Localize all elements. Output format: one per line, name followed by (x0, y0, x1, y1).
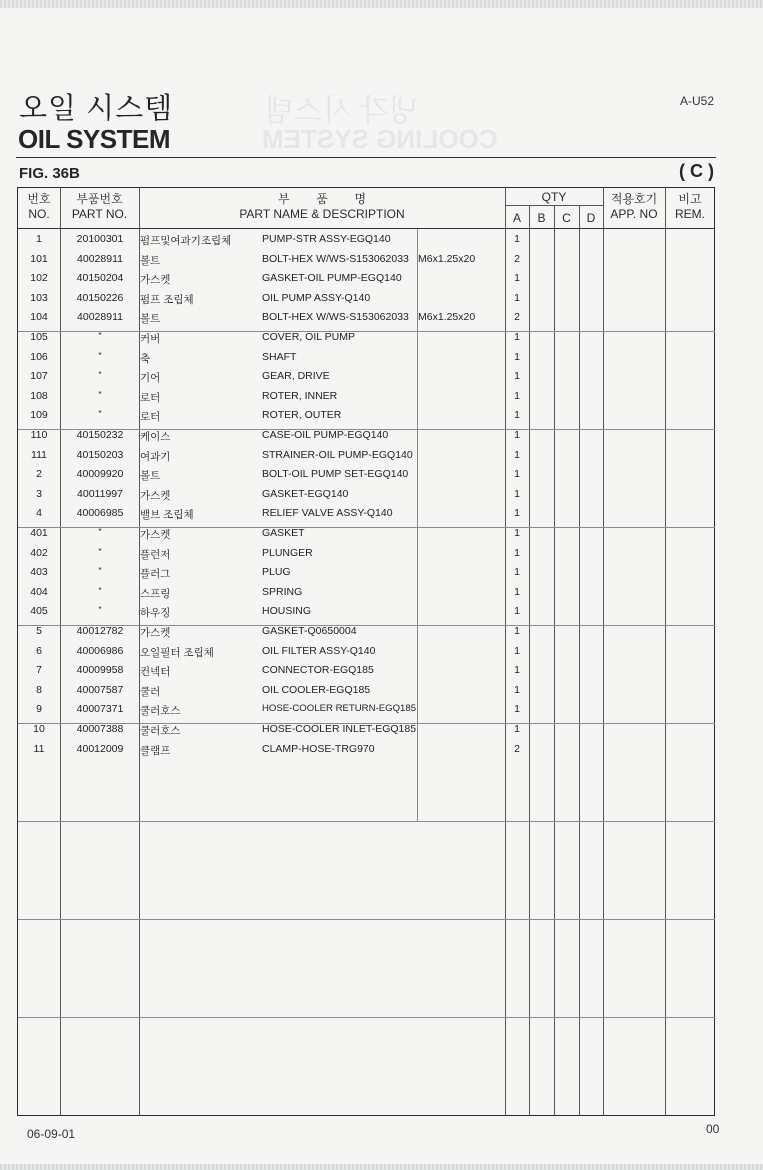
table-row: 404*스프링SPRING1 (18, 583, 715, 603)
group-separator (18, 919, 715, 920)
qty-a: 1 (505, 233, 529, 245)
item-number: 403 (18, 566, 60, 578)
part-name-korean: 하우징 (140, 605, 170, 620)
part-name-english: HOUSING (262, 605, 311, 617)
part-number: 40012009 (62, 743, 138, 755)
col-header-part-no: 부품번호 PART NO. (60, 192, 139, 222)
qty-a: 1 (505, 351, 529, 363)
part-name-korean: 가스켓 (140, 488, 170, 503)
part-name-english: GASKET-OIL PUMP-EGQ140 (262, 272, 402, 284)
table-row: 109*로터ROTER, OUTER1 (18, 406, 715, 426)
part-name-korean: 가스켓 (140, 625, 170, 640)
table-row: 11040150232케이스CASE-OIL PUMP-EGQ1401 (18, 426, 715, 446)
qty-a: 1 (505, 625, 529, 637)
part-number: * (62, 351, 138, 360)
qty-a: 2 (505, 253, 529, 265)
part-name-korean: 로터 (140, 409, 160, 424)
part-name-korean: 펌프 조립체 (140, 292, 194, 307)
item-number: 8 (18, 684, 60, 696)
part-number: 40028911 (62, 311, 138, 323)
part-number: * (62, 370, 138, 379)
part-number: 40007388 (62, 723, 138, 735)
qty-a: 1 (505, 292, 529, 304)
table-row: 1040007388쿨러호스HOSE-COOLER INLET-EGQ1851 (18, 720, 715, 740)
group-separator (18, 821, 715, 822)
item-number: 101 (18, 253, 60, 265)
part-number: 40150203 (62, 449, 138, 461)
part-number: 40150232 (62, 429, 138, 441)
part-number: * (62, 566, 138, 575)
part-name-korean: 기어 (140, 370, 160, 385)
col-header-qty-a: A (505, 211, 529, 226)
col-header-name-en: PART NAME & DESCRIPTION (139, 207, 505, 222)
part-name-korean: 가스켓 (140, 272, 170, 287)
part-name-korean: 펌프및여과기조립체 (140, 233, 231, 248)
table-row: 10440028911볼트BOLT-HEX W/WS-S153062033M6x… (18, 308, 715, 328)
part-name-korean: 오일필터 조립체 (140, 645, 214, 660)
part-name-korean: 볼트 (140, 253, 160, 268)
col-header-no: 번호 NO. (18, 192, 60, 222)
table-row: 10140028911볼트BOLT-HEX W/WS-S153062033M6x… (18, 250, 715, 270)
part-name-english: GASKET-Q0650004 (262, 625, 357, 637)
part-name-english: CONNECTOR-EGQ185 (262, 664, 374, 676)
item-number: 7 (18, 664, 60, 676)
item-number: 108 (18, 390, 60, 402)
part-name-english: CASE-OIL PUMP-EGQ140 (262, 429, 388, 441)
part-name-korean: 컨넥터 (140, 664, 170, 679)
part-number: * (62, 605, 138, 614)
part-name-english: OIL COOLER-EGQ185 (262, 684, 370, 696)
part-name-english: COVER, OIL PUMP (262, 331, 355, 343)
table-row: 440006985밸브 조립체RELIEF VALVE ASSY-Q1401 (18, 504, 715, 524)
qty-a: 1 (505, 645, 529, 657)
header-bottom-line (18, 228, 715, 229)
part-name-english: GEAR, DRIVE (262, 370, 330, 382)
part-name-korean: 쿨러호스 (140, 723, 181, 738)
qty-a: 1 (505, 703, 529, 715)
table-row: 106*축SHAFT1 (18, 348, 715, 368)
qty-a: 1 (505, 684, 529, 696)
part-number: 40009958 (62, 664, 138, 676)
qty-a: 1 (505, 527, 529, 539)
table-row: 105*커버COVER, OIL PUMP1 (18, 328, 715, 348)
part-name-english: ROTER, OUTER (262, 409, 341, 421)
item-number: 110 (18, 429, 60, 441)
table-row: 108*로터ROTER, INNER1 (18, 387, 715, 407)
part-name-korean: 커버 (140, 331, 160, 346)
table-row: 840007587쿨러OIL COOLER-EGQ1851 (18, 681, 715, 701)
qty-a: 1 (505, 468, 529, 480)
item-number: 104 (18, 311, 60, 323)
page-code: A-U52 (680, 94, 714, 108)
table-row: 1140012009클램프CLAMP-HOSE-TRG9702 (18, 740, 715, 760)
part-number: 40150204 (62, 272, 138, 284)
col-header-name-ko: 부 품 명 (139, 192, 505, 207)
col-header-part-name: 부 품 명 PART NAME & DESCRIPTION (139, 192, 505, 222)
table-row: 402*플런저PLUNGER1 (18, 544, 715, 564)
qty-a: 2 (505, 743, 529, 755)
part-name-english: HOSE-COOLER INLET-EGQ185 (262, 723, 416, 735)
table-row: 740009958컨넥터CONNECTOR-EGQ1851 (18, 661, 715, 681)
part-name-english: OIL FILTER ASSY-Q140 (262, 645, 375, 657)
part-number: 40028911 (62, 253, 138, 265)
page-title-korean: 오일 시스템 (19, 86, 173, 127)
scan-edge-top (0, 0, 763, 8)
part-number: 40150226 (62, 292, 138, 304)
part-number: * (62, 527, 138, 536)
part-name-english: BOLT-OIL PUMP SET-EGQ140 (262, 468, 408, 480)
item-number: 11 (18, 743, 60, 755)
item-number: 2 (18, 468, 60, 480)
table-row: 401*가스켓GASKET1 (18, 524, 715, 544)
table-row: 940007371쿨러호스HOSE-COOLER RETURN-EGQ1851 (18, 700, 715, 720)
item-number: 402 (18, 547, 60, 559)
item-number: 405 (18, 605, 60, 617)
item-number: 6 (18, 645, 60, 657)
part-number: 40009920 (62, 468, 138, 480)
part-name-korean: 클램프 (140, 743, 170, 758)
part-spec: M6x1.25x20 (418, 253, 475, 265)
qty-a: 1 (505, 605, 529, 617)
part-name-korean: 스프링 (140, 586, 170, 601)
item-number: 4 (18, 507, 60, 519)
qty-a: 1 (505, 272, 529, 284)
part-name-english: SPRING (262, 586, 302, 598)
part-number: * (62, 390, 138, 399)
part-number: * (62, 409, 138, 418)
col-header-qty-b: B (529, 211, 554, 226)
part-name-english: PLUG (262, 566, 291, 578)
page-title-english: OIL SYSTEM (18, 124, 170, 155)
item-number: 9 (18, 703, 60, 715)
part-name-korean: 볼트 (140, 311, 160, 326)
qty-a: 1 (505, 449, 529, 461)
part-name-korean: 쿨러호스 (140, 703, 181, 718)
table-row: 10240150204가스켓GASKET-OIL PUMP-EGQ1401 (18, 269, 715, 289)
item-number: 106 (18, 351, 60, 363)
col-header-app-no: 적용호기 APP. NO (603, 192, 665, 222)
table-row: 403*플러그PLUG1 (18, 563, 715, 583)
part-number: 40006985 (62, 507, 138, 519)
item-number: 5 (18, 625, 60, 637)
qty-a: 1 (505, 390, 529, 402)
qty-a: 1 (505, 566, 529, 578)
part-name-korean: 로터 (140, 390, 160, 405)
col-header-rem-ko: 비고 (665, 192, 715, 207)
part-name-english: OIL PUMP ASSY-Q140 (262, 292, 370, 304)
table-row: 107*기어GEAR, DRIVE1 (18, 367, 715, 387)
item-number: 107 (18, 370, 60, 382)
part-number: 40007587 (62, 684, 138, 696)
item-number: 105 (18, 331, 60, 343)
part-name-korean: 플러그 (140, 566, 170, 581)
col-header-app-ko: 적용호기 (603, 192, 665, 207)
part-number: * (62, 586, 138, 595)
revision-date: 06-09-01 (27, 1127, 75, 1141)
table-row: 640006986오일필터 조립체OIL FILTER ASSY-Q1401 (18, 642, 715, 662)
part-number: 40012782 (62, 625, 138, 637)
qty-a: 1 (505, 547, 529, 559)
group-separator (18, 1017, 715, 1018)
part-name-english: HOSE-COOLER RETURN-EGQ185 (262, 703, 416, 714)
item-number: 3 (18, 488, 60, 500)
part-number: 40006986 (62, 645, 138, 657)
col-header-qty-c: C (554, 211, 579, 226)
table-row: 240009920볼트BOLT-OIL PUMP SET-EGQ1401 (18, 465, 715, 485)
part-name-korean: 축 (140, 351, 150, 366)
qty-a: 1 (505, 586, 529, 598)
item-number: 404 (18, 586, 60, 598)
qty-a: 1 (505, 488, 529, 500)
part-name-english: CLAMP-HOSE-TRG970 (262, 743, 375, 755)
table-row: 405*하우징HOUSING1 (18, 602, 715, 622)
table-row: 120100301펌프및여과기조립체PUMP-STR ASSY-EGQ1401 (18, 230, 715, 250)
col-header-part-en: PART NO. (60, 207, 139, 222)
part-name-english: BOLT-HEX W/WS-S153062033 (262, 253, 409, 265)
col-header-no-en: NO. (18, 207, 60, 222)
qty-a: 1 (505, 723, 529, 735)
item-number: 401 (18, 527, 60, 539)
item-number: 111 (18, 449, 60, 461)
part-name-english: STRAINER-OIL PUMP-EGQ140 (262, 449, 413, 461)
part-name-english: PUMP-STR ASSY-EGQ140 (262, 233, 391, 245)
part-name-english: RELIEF VALVE ASSY-Q140 (262, 507, 393, 519)
part-name-english: PLUNGER (262, 547, 313, 559)
col-header-remarks: 비고 REM. (665, 192, 715, 222)
figure-label: FIG. 36B (19, 165, 80, 182)
table-row: 10340150226펌프 조립체OIL PUMP ASSY-Q1401 (18, 289, 715, 309)
item-number: 1 (18, 233, 60, 245)
col-header-qty: QTY (505, 190, 603, 205)
qty-subheader-line (505, 205, 603, 206)
part-name-english: GASKET-EGQ140 (262, 488, 348, 500)
part-number: * (62, 547, 138, 556)
part-name-korean: 플런저 (140, 547, 170, 562)
item-number: 10 (18, 723, 60, 735)
qty-a: 1 (505, 370, 529, 382)
qty-a: 1 (505, 429, 529, 441)
col-header-app-en: APP. NO (603, 207, 665, 222)
qty-a: 1 (505, 331, 529, 343)
col-header-rem-en: REM. (665, 207, 715, 222)
variant-label: ( C ) (679, 161, 714, 182)
col-header-qty-d: D (579, 211, 603, 226)
part-name-korean: 밸브 조립체 (140, 507, 194, 522)
part-spec: M6x1.25x20 (418, 311, 475, 323)
part-name-korean: 볼트 (140, 468, 160, 483)
item-number: 103 (18, 292, 60, 304)
item-number: 109 (18, 409, 60, 421)
qty-a: 2 (505, 311, 529, 323)
part-name-korean: 케이스 (140, 429, 170, 444)
part-number: 40007371 (62, 703, 138, 715)
part-name-korean: 가스켓 (140, 527, 170, 542)
col-header-part-ko: 부품번호 (60, 192, 139, 207)
part-number: 40011997 (62, 488, 138, 500)
part-name-korean: 쿨러 (140, 684, 160, 699)
table-row: 540012782가스켓GASKET-Q06500041 (18, 622, 715, 642)
part-name-english: SHAFT (262, 351, 296, 363)
page-number: 00 (706, 1122, 719, 1136)
scan-edge-bottom (0, 1164, 763, 1170)
item-number: 102 (18, 272, 60, 284)
part-name-english: GASKET (262, 527, 305, 539)
part-name-english: ROTER, INNER (262, 390, 337, 402)
qty-a: 1 (505, 409, 529, 421)
part-number: 20100301 (62, 233, 138, 245)
part-name-english: BOLT-HEX W/WS-S153062033 (262, 311, 409, 323)
title-rule (16, 157, 716, 158)
table-row: 340011997가스켓GASKET-EGQ1401 (18, 485, 715, 505)
part-number: * (62, 331, 138, 340)
qty-a: 1 (505, 507, 529, 519)
table-row: 11140150203여과기STRAINER-OIL PUMP-EGQ1401 (18, 446, 715, 466)
part-name-korean: 여과기 (140, 449, 170, 464)
bleed-through-title-english: COOLING SYSTEM (262, 124, 497, 155)
col-header-no-ko: 번호 (18, 192, 60, 207)
qty-a: 1 (505, 664, 529, 676)
